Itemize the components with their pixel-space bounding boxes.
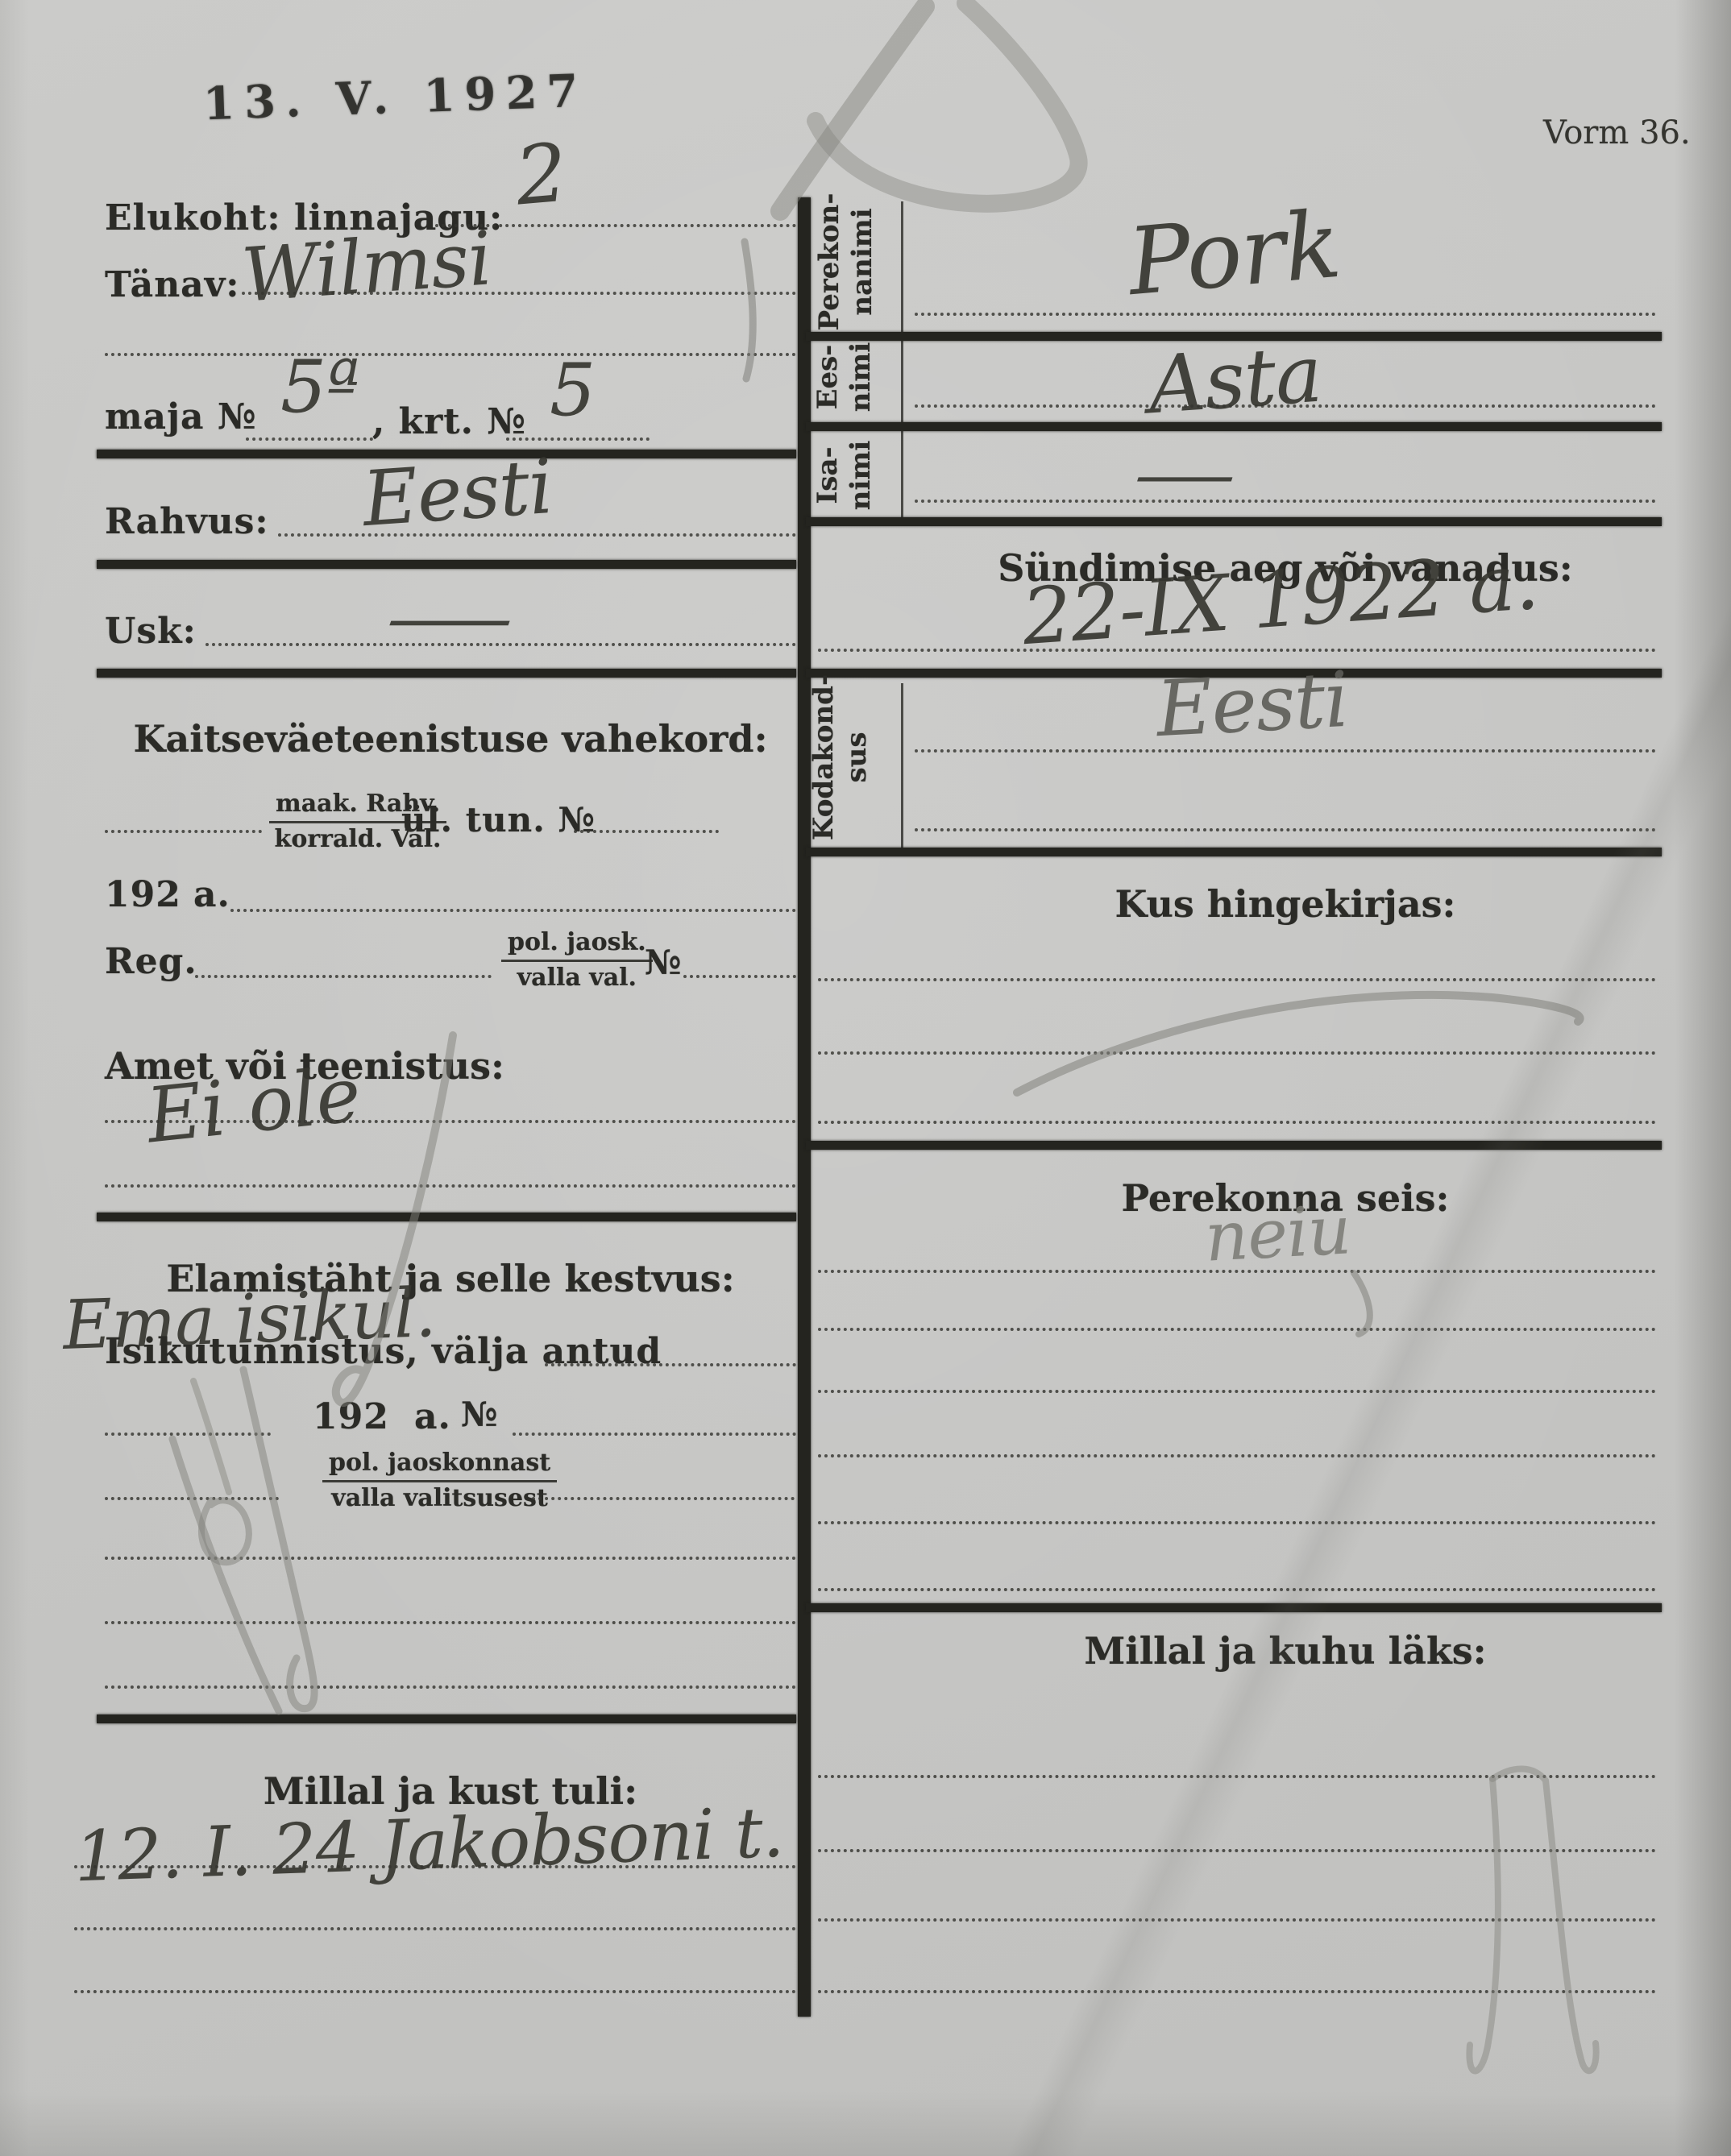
section-divider (806, 422, 1662, 431)
dotted-line (818, 1521, 1656, 1524)
pencil-scribble-top (780, 6, 925, 211)
departure-heading: Millal ja kuhu läks: (911, 1629, 1660, 1673)
apartment-number-label: , krt. № (372, 401, 526, 442)
dotted-line (105, 1432, 271, 1436)
nationality-label: Rahvus: (105, 501, 269, 542)
house-number-label: maja № (105, 396, 257, 437)
section-divider (97, 560, 796, 569)
dotted-line (818, 1588, 1656, 1591)
identity-number-sign: № (461, 1395, 499, 1434)
dotted-line (818, 1328, 1656, 1331)
pencil-stroke-street-row (745, 242, 753, 379)
dotted-line (915, 749, 1656, 753)
dotted-line (818, 1990, 1656, 1993)
dotted-line (915, 500, 1656, 503)
section-divider (97, 669, 796, 678)
dotted-line (74, 1990, 796, 1993)
district-handwritten-value: 2 (512, 125, 571, 223)
dotted-line (278, 533, 796, 537)
street-label: Tänav: (105, 264, 240, 305)
name-label-strip-line (901, 201, 903, 522)
dotted-line (105, 353, 796, 356)
section-divider (806, 848, 1662, 856)
pencil-stroke-parish-register (1017, 995, 1580, 1093)
fraction-bottom: valla val. (501, 962, 653, 993)
pencil-tail-marital-status (1354, 1273, 1370, 1334)
dotted-line (230, 909, 796, 912)
section-divider (97, 1213, 796, 1221)
dotted-line (506, 437, 650, 441)
registration-card-scan: 13. V. 1927 Vorm 36. Elukoht: linnajagu:… (0, 0, 1731, 2156)
dotted-line (683, 975, 796, 978)
dotted-line (74, 1865, 796, 1868)
year-a-label: a. (193, 874, 230, 915)
surname-handwritten-value: Pork (1124, 191, 1344, 317)
year-192-label: 192 (105, 874, 181, 915)
pencil-scribble-lower-left-1 (172, 1439, 279, 1711)
dotted-line (818, 1121, 1656, 1124)
registry-label: Reg. (105, 941, 197, 982)
dotted-line (105, 1184, 796, 1188)
religion-handwritten-value: — (384, 578, 513, 658)
parish-register-heading: Kus hingekirjas: (911, 882, 1660, 926)
dotted-line (105, 1557, 796, 1560)
dotted-line (105, 1621, 796, 1624)
fraction-bottom: valla valitsusest (322, 1482, 557, 1513)
pencil-scribble-top-loop (816, 3, 1079, 204)
dotted-line (246, 437, 373, 441)
marital-status-handwritten-value: neiu (1203, 1190, 1353, 1276)
identity-a-label: a. (414, 1396, 451, 1437)
pencil-scribble-bottom-right-1 (1469, 1779, 1497, 2071)
center-divider-line (798, 197, 811, 2017)
citizenship-handwritten-value: Eesti (1154, 656, 1350, 754)
citizenship-label-strip-line (901, 683, 903, 848)
dotted-line (195, 975, 492, 978)
dotted-line (818, 1775, 1656, 1778)
dotted-line (818, 1918, 1656, 1922)
dotted-line (574, 830, 719, 833)
section-divider (806, 1141, 1662, 1150)
house-number-handwritten-value: 5ª (280, 345, 359, 429)
apartment-number-handwritten-value: 5 (550, 348, 595, 433)
identity-year-label: 192 (313, 1396, 389, 1437)
dotted-line (435, 224, 796, 227)
dotted-line (915, 828, 1656, 831)
first-name-label: Ees- nimi (812, 333, 889, 421)
dotted-line (545, 1363, 796, 1366)
pencil-scribble-lower-left-loop (201, 1500, 249, 1562)
surname-label: Perekon- nanimi (813, 181, 890, 342)
dotted-line (105, 1685, 796, 1689)
pencil-scribble-lower-left-3 (193, 1381, 229, 1492)
dotted-line (818, 649, 1656, 652)
date-stamp: 13. V. 1927 (202, 64, 588, 131)
citizenship-label: Kodakond- sus (807, 673, 885, 842)
dotted-line (915, 313, 1656, 316)
fraction-top: pol. jaosk. (501, 928, 653, 962)
dotted-line (818, 1390, 1656, 1393)
dotted-line (915, 404, 1656, 408)
form-number: Vorm 36. (1543, 114, 1691, 151)
military-service-heading: Kaitseväeteenistuse vahekord: (105, 717, 796, 761)
section-divider (806, 1603, 1662, 1612)
dotted-line (105, 830, 262, 833)
dotted-line (818, 1849, 1656, 1852)
fraction-top: pol. jaoskonnast (322, 1449, 557, 1482)
religion-label: Usk: (105, 611, 197, 652)
registry-number-sign: № (645, 943, 683, 982)
pencil-scribble-lower-left-2 (243, 1370, 314, 1709)
dotted-line (513, 1432, 796, 1436)
first-name-handwritten-value: Asta (1145, 329, 1324, 433)
dotted-line (105, 1120, 796, 1123)
issuing-authority-fraction: pol. jaoskonnast valla valitsusest (322, 1449, 557, 1513)
dotted-line (818, 1454, 1656, 1457)
dotted-line (74, 1927, 796, 1930)
father-name-label: Isa- nimi (812, 431, 889, 520)
dotted-line (818, 1270, 1656, 1273)
section-divider (806, 517, 1662, 526)
nationality-handwritten-value: Eesti (359, 443, 554, 544)
police-district-fraction: pol. jaosk. valla val. (501, 928, 653, 993)
dotted-line (105, 1497, 279, 1500)
dotted-line (532, 1497, 795, 1500)
section-divider (97, 1714, 796, 1723)
dotted-line (818, 978, 1656, 981)
dotted-line (818, 1051, 1656, 1055)
certificate-number-label: ül. tun. № (401, 800, 596, 840)
street-handwritten-value: Wilmsi (239, 215, 494, 318)
